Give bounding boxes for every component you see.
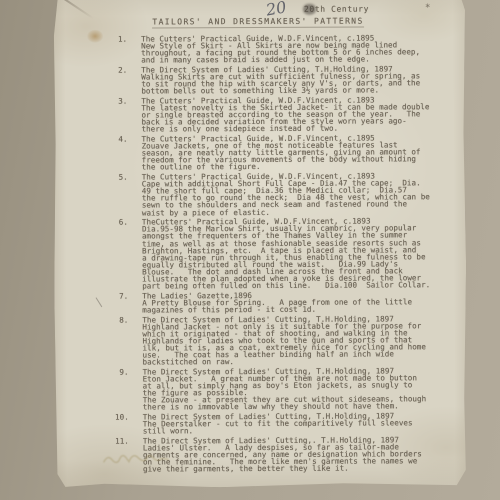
page-title: TAILORS' AND DRESSMAKERS' PATTERNS — [93, 16, 423, 26]
corner-mark: * — [425, 3, 430, 13]
entry-description: Dia.95-98 the Marlow Shirt, usually in c… — [142, 225, 430, 290]
entry-text: The Cutters' Practical Guide, W.D.F.Vinc… — [141, 34, 420, 64]
entry-description: The latest novelty is the Skirted Jacket… — [141, 103, 429, 133]
catalogue-entry: 1. The Cutters' Practical Guide, W.D.F.V… — [105, 34, 450, 64]
page-title-text: TAILORS' AND DRESSMAKERS' PATTERNS — [152, 17, 363, 29]
entry-number: 7. — [106, 292, 128, 313]
entry-text: The Direct System of Ladies' Cutting, T.… — [141, 65, 420, 95]
catalogue-entry: 5. The Cutters' Practical Guide, W.D.F.V… — [106, 172, 451, 216]
catalogue-entry: 3. The Cutters' Practical Guide, W.D.F.V… — [105, 96, 450, 133]
entry-text: The Direct System of Ladies' Cutting,. T… — [143, 436, 422, 473]
entry-number: 6. — [106, 219, 128, 290]
entry-text: The Cutters' Practical Guide, W.D.F.Vinc… — [142, 172, 430, 216]
entry-text: The Cutters' Practical Guide, W.D.F.Vinc… — [141, 96, 429, 133]
catalogue-entry: 4. The Cutters' Practical Guide, W.D.F.V… — [106, 134, 451, 171]
century-label: 20th Century — [304, 5, 369, 14]
overstruck-typed-number: 20 — [304, 5, 315, 14]
entry-number: 9. — [107, 368, 129, 411]
entry-description: Zouave Jackets, one of the most noticeab… — [142, 141, 421, 171]
entry-description: A Pretty Blouse for Spring. A page from … — [142, 298, 412, 313]
entry-description: Cape with additional Short Full Cape - D… — [142, 179, 430, 216]
entry-description: The Deerstalker - cut to fit the compari… — [143, 419, 413, 434]
catalogue-entry: 2. The Direct System of Ladies' Cutting,… — [105, 65, 450, 95]
entry-number: 5. — [106, 174, 128, 217]
entry-text: TheCutters' Practical Guide, W.D.F.Vince… — [142, 217, 430, 289]
paper-crease — [58, 0, 94, 19]
entry-number: 1. — [105, 36, 127, 64]
entry-text: The Direct System of Ladies' Cutting, T.… — [143, 412, 413, 434]
margin-pencil-slash — [95, 297, 102, 307]
entry-description: Walking Skirts are cut with sufficient f… — [141, 72, 420, 94]
entry-description: Eton Jacket. A great number of them are … — [143, 374, 427, 411]
century-label-text: th Century — [315, 5, 369, 14]
catalogue-entry: 6. TheCutters' Practical Guide, W.D.F.Vi… — [106, 217, 451, 289]
faint-pencil-inscription — [101, 448, 171, 468]
catalogue-entries: 1. The Cutters' Practical Guide, W.D.F.V… — [105, 34, 452, 475]
catalogue-entry: 8. The Direct System of Ladies' Cutting,… — [106, 315, 451, 366]
entry-number: 4. — [106, 136, 128, 172]
entry-number: 3. — [105, 98, 127, 134]
entry-text: The Direct System of Ladies' Cutting, T.… — [143, 367, 427, 411]
catalogue-entry: 7. The Ladies' Gazette,1896 A Pretty Blo… — [106, 291, 451, 314]
entry-text: The Cutters' Practical Guide, W.D.F.Vinc… — [142, 134, 421, 171]
entry-description: Highland Jacket - not only is it suitabl… — [142, 322, 426, 366]
entry-description: Ladies' Ulster. A lady despises, so far … — [143, 443, 422, 473]
entry-description: New Style of Skirt - All Skirts are now … — [141, 41, 420, 63]
entry-number: 8. — [106, 316, 128, 366]
entry-number: 2. — [105, 67, 127, 95]
entry-number: 10. — [107, 414, 129, 435]
catalogue-entry: 9. The Direct System of Ladies' Cutting,… — [107, 367, 452, 411]
document-scan: 20 20th Century * TAILORS' AND DRESSMAKE… — [0, 0, 500, 500]
entry-text: The Ladies' Gazette,1896 A Pretty Blouse… — [142, 291, 412, 313]
catalogue-entry: 10. The Direct System of Ladies' Cutting… — [107, 412, 452, 435]
entry-text: The Direct System of Ladies' Cutting, T.… — [142, 315, 426, 366]
paper-stain — [87, 30, 103, 43]
paper-sheet: 20 20th Century * TAILORS' AND DRESSMAKE… — [53, 0, 467, 489]
